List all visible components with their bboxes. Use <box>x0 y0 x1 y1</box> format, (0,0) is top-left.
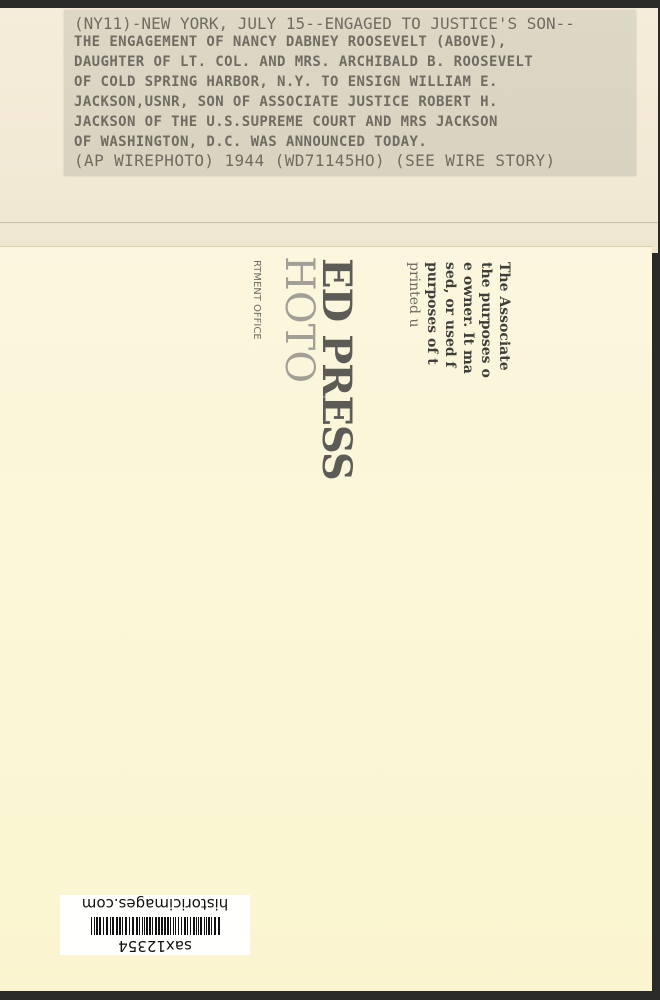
barcode-icon <box>90 917 221 935</box>
caption-line-5: JACKSON,USNR, SON OF ASSOCIATE JUSTICE R… <box>74 94 498 110</box>
caption-line-4: OF COLD SPRING HARBOR, N.Y. TO ENSIGN WI… <box>74 74 498 90</box>
caption-line-8: (AP WIREPHOTO) 1944 (WD71145HO) (SEE WIR… <box>74 151 556 170</box>
caption-line-7: OF WASHINGTON, D.C. WAS ANNOUNCED TODAY. <box>74 134 427 150</box>
caption-line-6: JACKSON OF THE U.S.SUPREME COURT AND MRS… <box>74 114 498 130</box>
caption-line-3: DAUGHTER OF LT. COL. AND MRS. ARCHIBALD … <box>74 54 533 70</box>
notice-line-2: the purposes o <box>478 262 494 378</box>
caption-line-2: THE ENGAGEMENT OF NANCY DABNEY ROOSEVELT… <box>74 34 507 50</box>
caption-line-1: (NY11)-NEW YORK, JULY 15--ENGAGED TO JUS… <box>74 14 575 33</box>
photo-stamp: HOTO <box>276 256 322 383</box>
notice-line-3: e owner. It ma <box>460 262 476 374</box>
typed-caption-label: (NY11)-NEW YORK, JULY 15--ENGAGED TO JUS… <box>64 10 636 176</box>
barcode-code: sax12354 <box>118 937 192 955</box>
office-stamp: RTMENT OFFICE <box>251 260 262 340</box>
notice-line-4: sed, or used f <box>442 262 458 368</box>
notice-line-6: printed u <box>406 262 422 328</box>
barcode-site: historicimages.com <box>82 895 228 913</box>
notice-line-5: purposes of t <box>424 262 440 365</box>
fold-line <box>0 222 658 223</box>
barcode-label: sax12354 historicimages.com <box>60 895 250 955</box>
notice-line-1: The Associate <box>496 262 512 371</box>
